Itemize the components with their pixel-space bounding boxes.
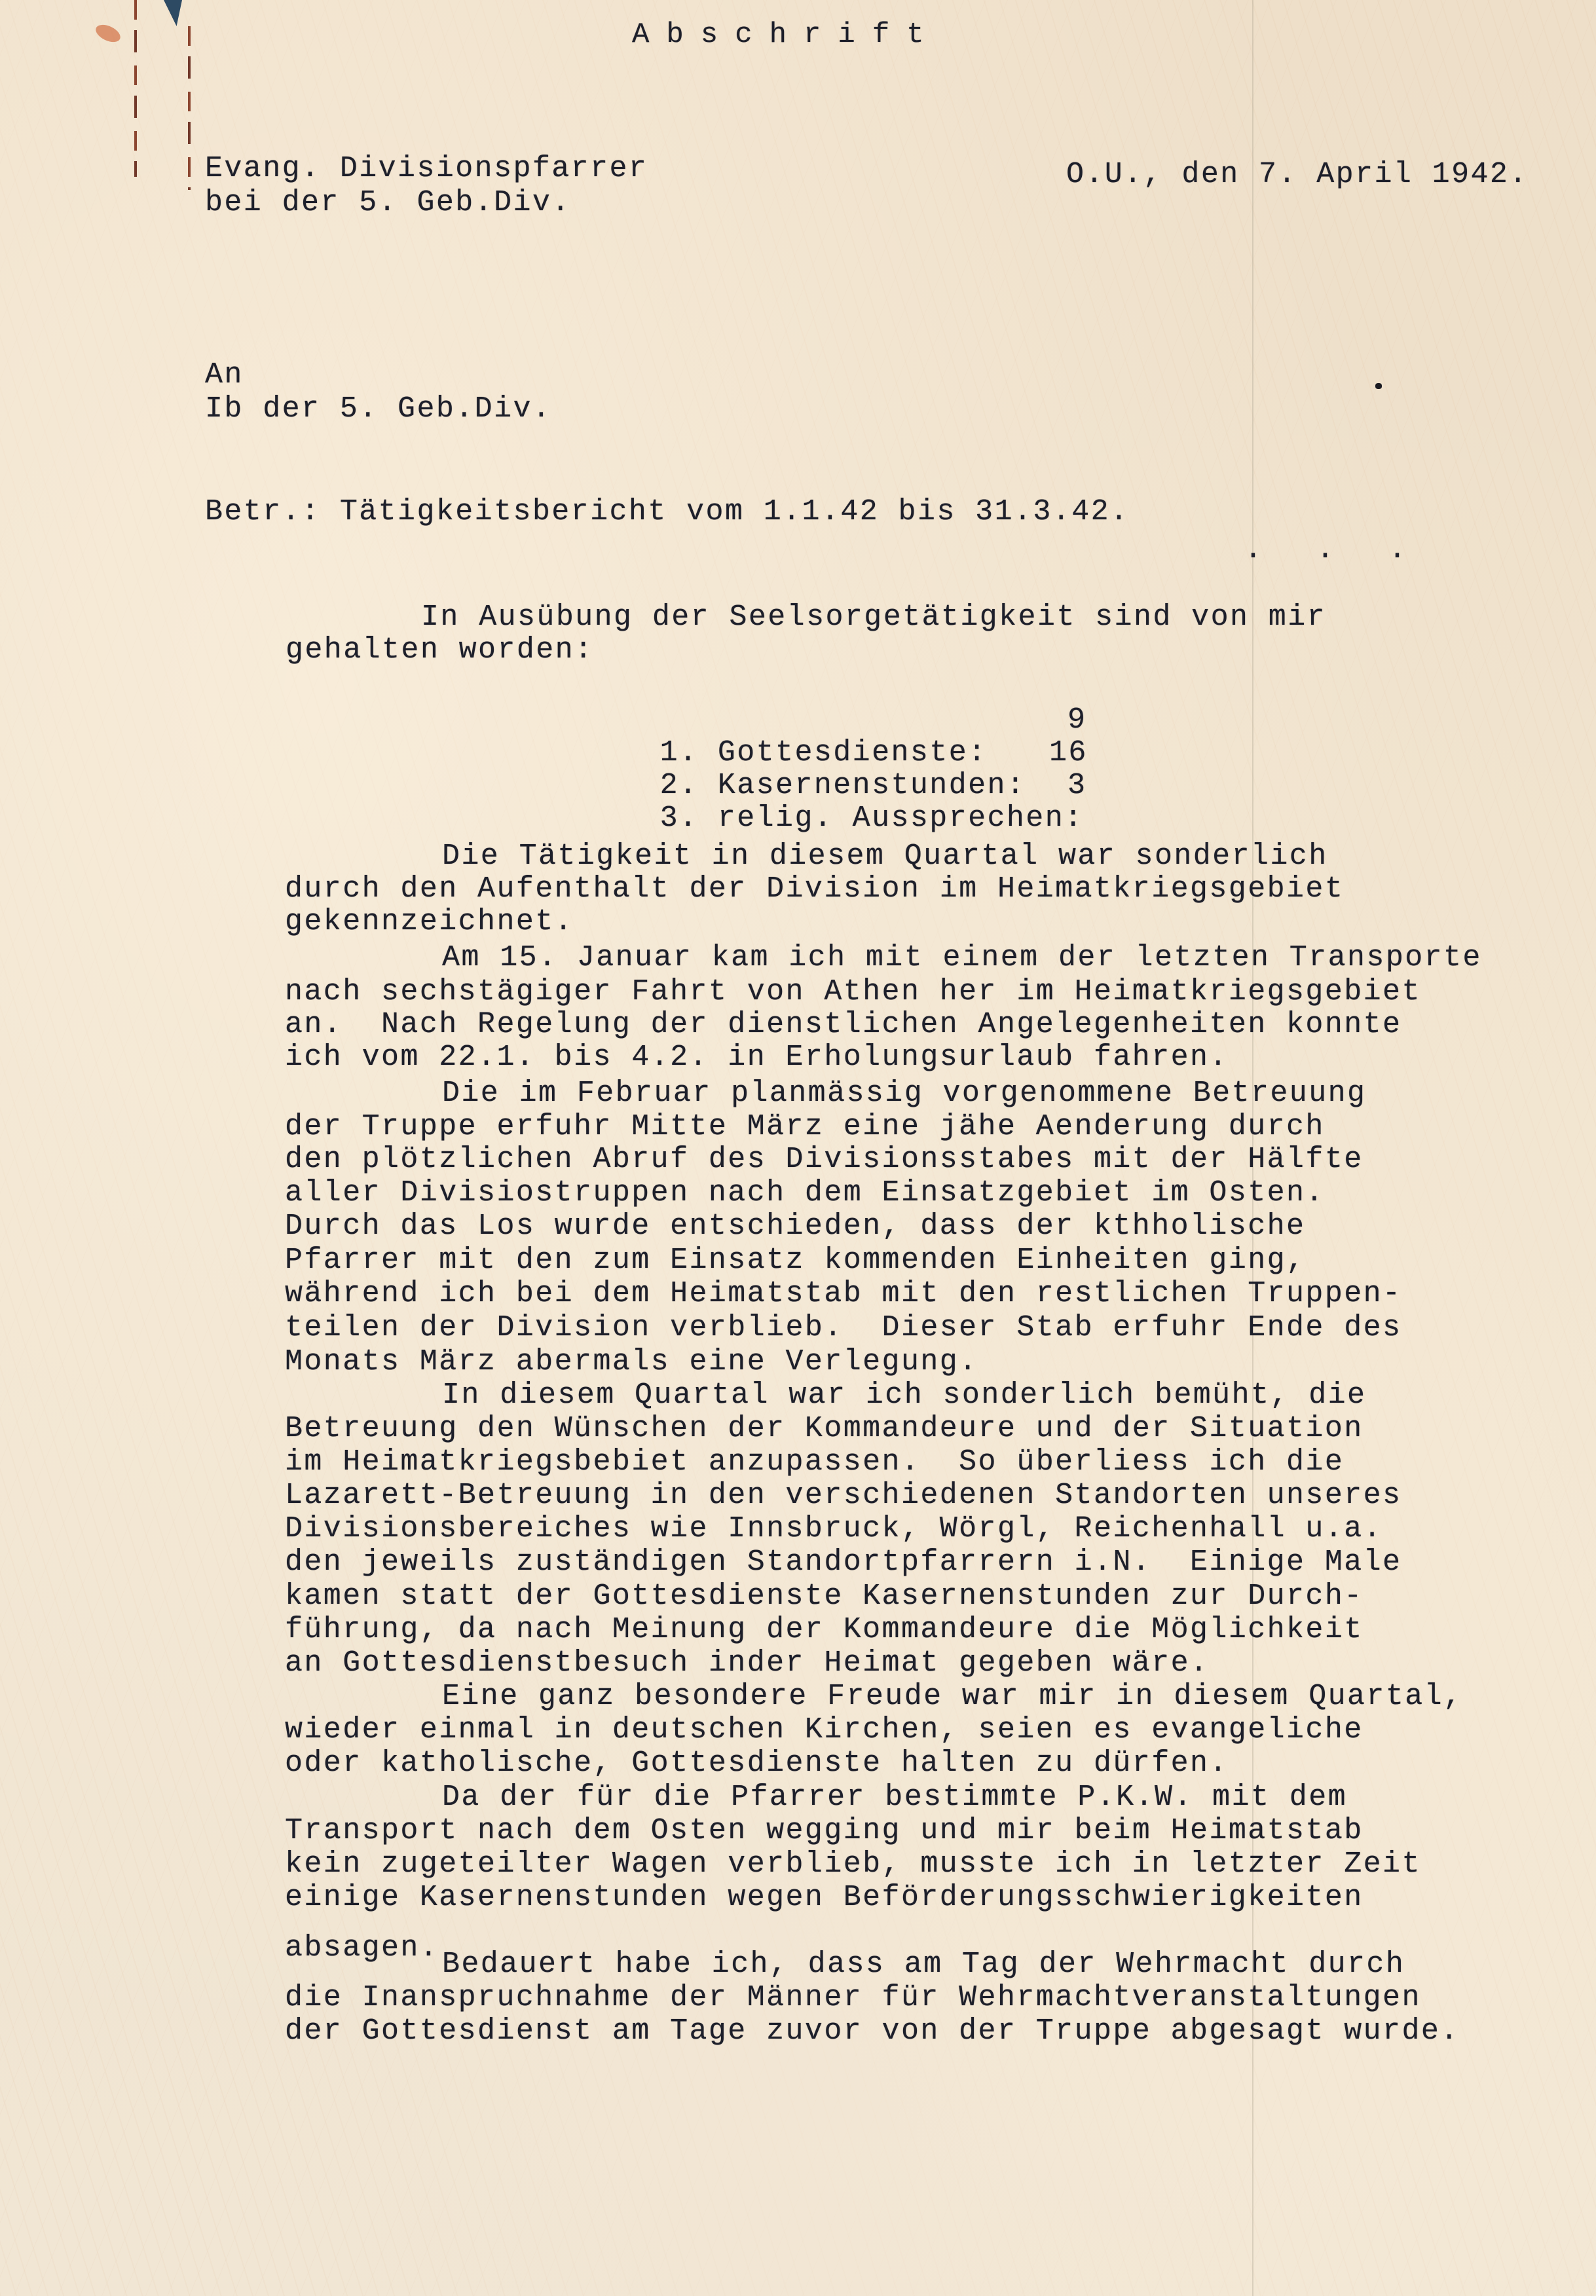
rust-stain [93, 22, 123, 46]
intro-line-2: gehalten worden: [286, 634, 593, 667]
place-date: O.U., den 7. April 1942. [1066, 158, 1529, 191]
body-line: wieder einmal in deutschen Kirchen, seie… [285, 1714, 1364, 1747]
body-line: die Inanspruchnahme der Männer für Wehrm… [285, 1982, 1421, 2014]
body-line: kamen statt der Gottesdienste Kasernenst… [285, 1580, 1364, 1613]
left-margin-hole-mark [134, 0, 137, 177]
body-line: Pfarrer mit den zum Einsatz kommenden Ei… [285, 1244, 1305, 1277]
body-line: Monats März abermals eine Verlegung. [285, 1346, 978, 1379]
body-line: absagen. [285, 1932, 439, 1965]
activity-count: 9 [1067, 704, 1086, 737]
body-line: an Gottesdienstbesuch inder Heimat gegeb… [285, 1647, 1209, 1680]
body-line: Eine ganz besondere Freude war mir in di… [442, 1680, 1462, 1713]
sender-line-1: Evang. Divisionspfarrer [205, 153, 648, 185]
body-line: ich vom 22.1. bis 4.2. in Erholungsurlau… [285, 1041, 1229, 1074]
body-line: an. Nach Regelung der dienstlichen Angel… [285, 1009, 1401, 1041]
corner-clip-mark [164, 0, 182, 26]
body-line: gekennzeichnet. [285, 906, 574, 938]
activity-label: 3. relig. Aussprechen: [660, 802, 1084, 835]
activity-count: 16 [1049, 737, 1088, 769]
body-line: den jeweils zuständigen Standortpfarrern… [285, 1546, 1401, 1579]
ink-speck [1375, 383, 1382, 389]
body-line: während ich bei dem Heimatstab mit den r… [285, 1278, 1401, 1310]
body-line: nach sechstägiger Fahrt von Athen her im… [285, 976, 1421, 1009]
recipient-line-1: Ib der 5. Geb.Div. [205, 393, 551, 426]
left-margin-hole-mark [188, 26, 191, 190]
body-line: Transport nach dem Osten wegging und mir… [285, 1815, 1364, 1847]
body-line: teilen der Division verblieb. Dieser Sta… [285, 1312, 1401, 1344]
body-line: In diesem Quartal war ich sonderlich bem… [442, 1379, 1366, 1412]
body-line: Die Tätigkeit in diesem Quartal war sond… [442, 840, 1328, 873]
body-line: Betreuung den Wünschen der Kommandeure u… [285, 1413, 1364, 1445]
subject-line: Betr.: Tätigkeitsbericht vom 1.1.42 bis … [205, 496, 1129, 528]
body-line: Am 15. Januar kam ich mit einem der letz… [442, 942, 1482, 974]
body-line: aller Divisiostruppen nach dem Einsatzge… [285, 1177, 1325, 1210]
document-page: Abschrift Evang. Divisionspfarrer bei de… [0, 0, 1596, 2296]
body-line: Lazarett-Betreuung in den verschiedenen … [285, 1479, 1401, 1512]
intro-line-1: In Ausübung der Seelsorgetätigkeit sind … [421, 601, 1326, 634]
activity-count: 3 [1067, 769, 1086, 802]
body-line: den plötzlichen Abruf des Divisionsstabe… [285, 1143, 1364, 1176]
subject-trailing-dots: . . . [1244, 534, 1424, 566]
body-line: führung, da nach Meinung der Kommandeure… [285, 1614, 1364, 1646]
body-line: Da der für die Pfarrer bestimmte P.K.W. … [442, 1781, 1347, 1814]
body-line: Durch das Los wurde entschieden, dass de… [285, 1210, 1305, 1243]
document-heading: Abschrift [632, 18, 941, 51]
body-line: der Gottesdienst am Tage zuvor von der T… [285, 2015, 1460, 2048]
body-line: Divisionsbereiches wie Innsbruck, Wörgl,… [285, 1513, 1383, 1546]
body-line: einige Kasernenstunden wegen Beförderung… [285, 1881, 1364, 1914]
body-line: Bedauert habe ich, dass am Tag der Wehrm… [442, 1948, 1405, 1981]
sender-line-2: bei der 5. Geb.Div. [205, 187, 571, 219]
body-line: Die im Februar planmässig vorgenommene B… [442, 1077, 1366, 1110]
body-line: der Truppe erfuhr Mitte März eine jähe A… [285, 1111, 1325, 1143]
body-line: kein zugeteilter Wagen verblieb, musste … [285, 1848, 1421, 1881]
recipient-salutation: An [205, 359, 244, 392]
body-line: durch den Aufenthalt der Division im Hei… [285, 873, 1344, 906]
body-line: oder katholische, Gottesdienste halten z… [285, 1747, 1229, 1780]
body-line: im Heimatkriegsbebiet anzupassen. So übe… [285, 1446, 1344, 1479]
